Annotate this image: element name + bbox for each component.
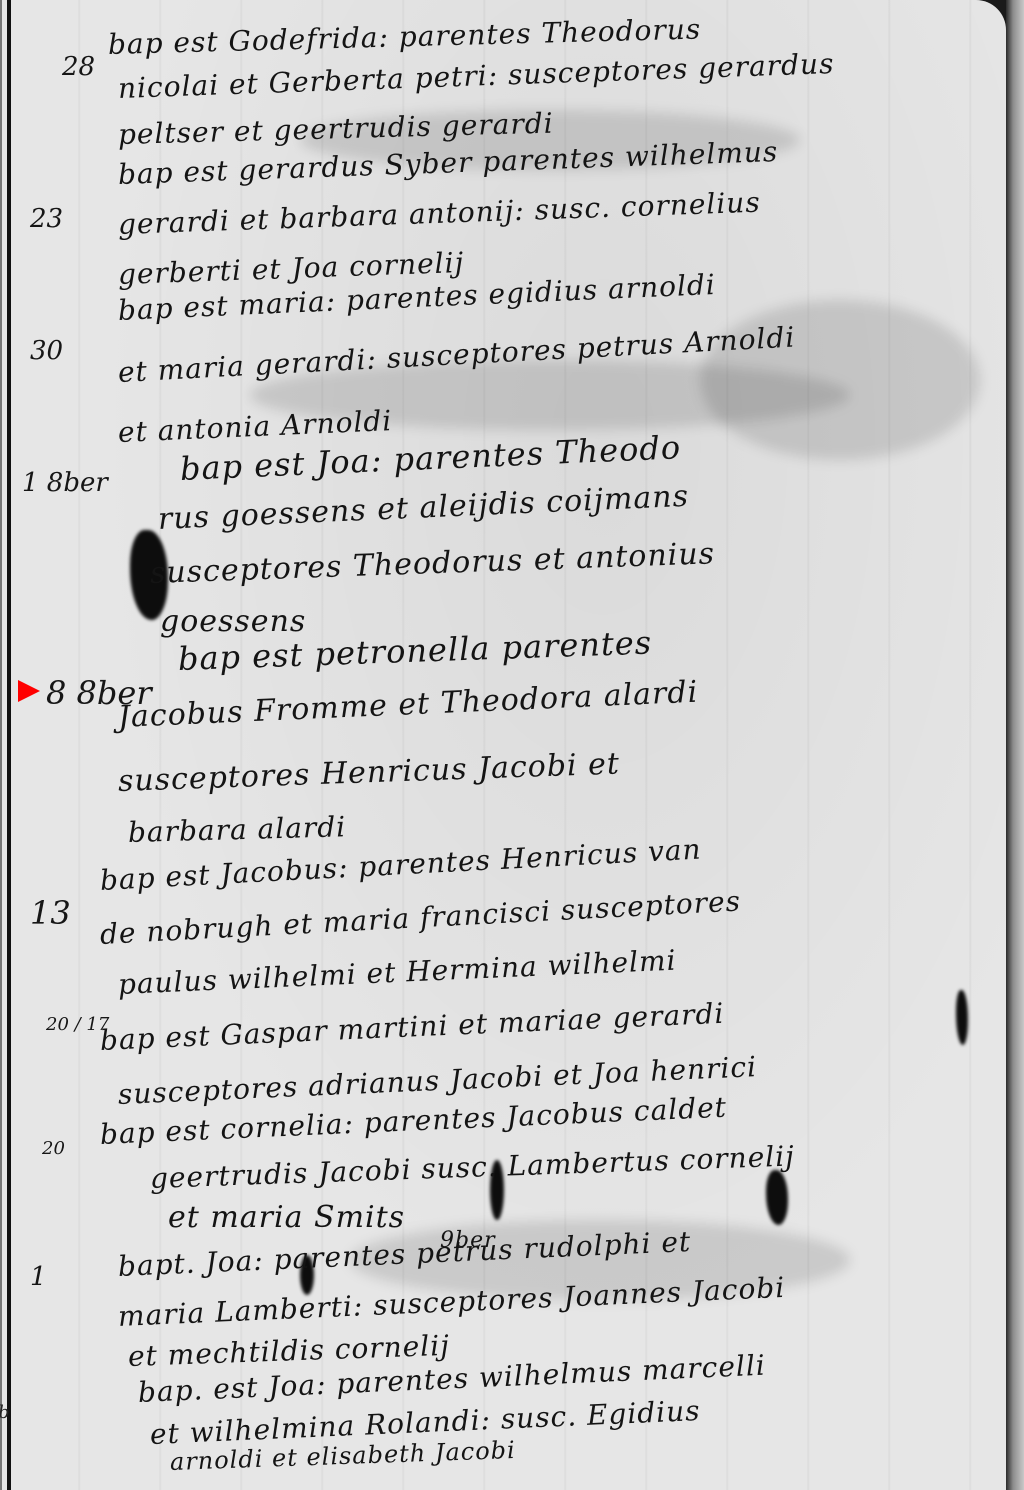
entry-line: gerardi et barbara antonij: susc. cornel…: [117, 186, 761, 241]
margin-rule: [7, 0, 11, 1490]
entry-line: geertrudis Jacobi susc. Lambertus cornel…: [149, 1139, 795, 1194]
entry-date: 20: [42, 1138, 65, 1159]
entry-line: barbara alardi: [128, 810, 347, 849]
ink-blot: [766, 1170, 788, 1225]
entry-line: susceptores Theodorus et antonius: [149, 536, 715, 591]
entry-date: 30: [30, 336, 63, 366]
entry-line: goessens: [160, 604, 306, 639]
entry-line: susceptores Henricus Jacobi et: [117, 746, 620, 799]
entry-date: 23: [30, 204, 63, 234]
entry-date: 28: [62, 52, 95, 82]
entry-date: 13: [30, 894, 71, 932]
entry-line: paulus wilhelmi et Hermina wilhelmi: [117, 944, 677, 1001]
entry-date: 1: [30, 1262, 47, 1292]
entry-line: Jacobus Fromme et Theodora alardi: [117, 675, 699, 735]
entry-date: 1 8ber: [22, 468, 108, 498]
entry-line: et maria Smits: [168, 1200, 405, 1235]
entry-line: rus goessens et aleijdis coijmans: [157, 479, 689, 537]
entry-line: de nobrugh et maria francisci susceptore…: [99, 884, 742, 951]
ink-blot: [956, 990, 968, 1045]
red-pointer-marker: [18, 680, 40, 702]
margin-fragment: b: [0, 1402, 10, 1423]
page-edge-line: [0, 0, 2, 1490]
entry-line: bap est Gaspar martini et mariae gerardi: [99, 997, 725, 1057]
manuscript-page: 28 bap est Godefrida: parentes Theodorus…: [0, 0, 1006, 1490]
facing-page-edge: [1006, 0, 1024, 1490]
